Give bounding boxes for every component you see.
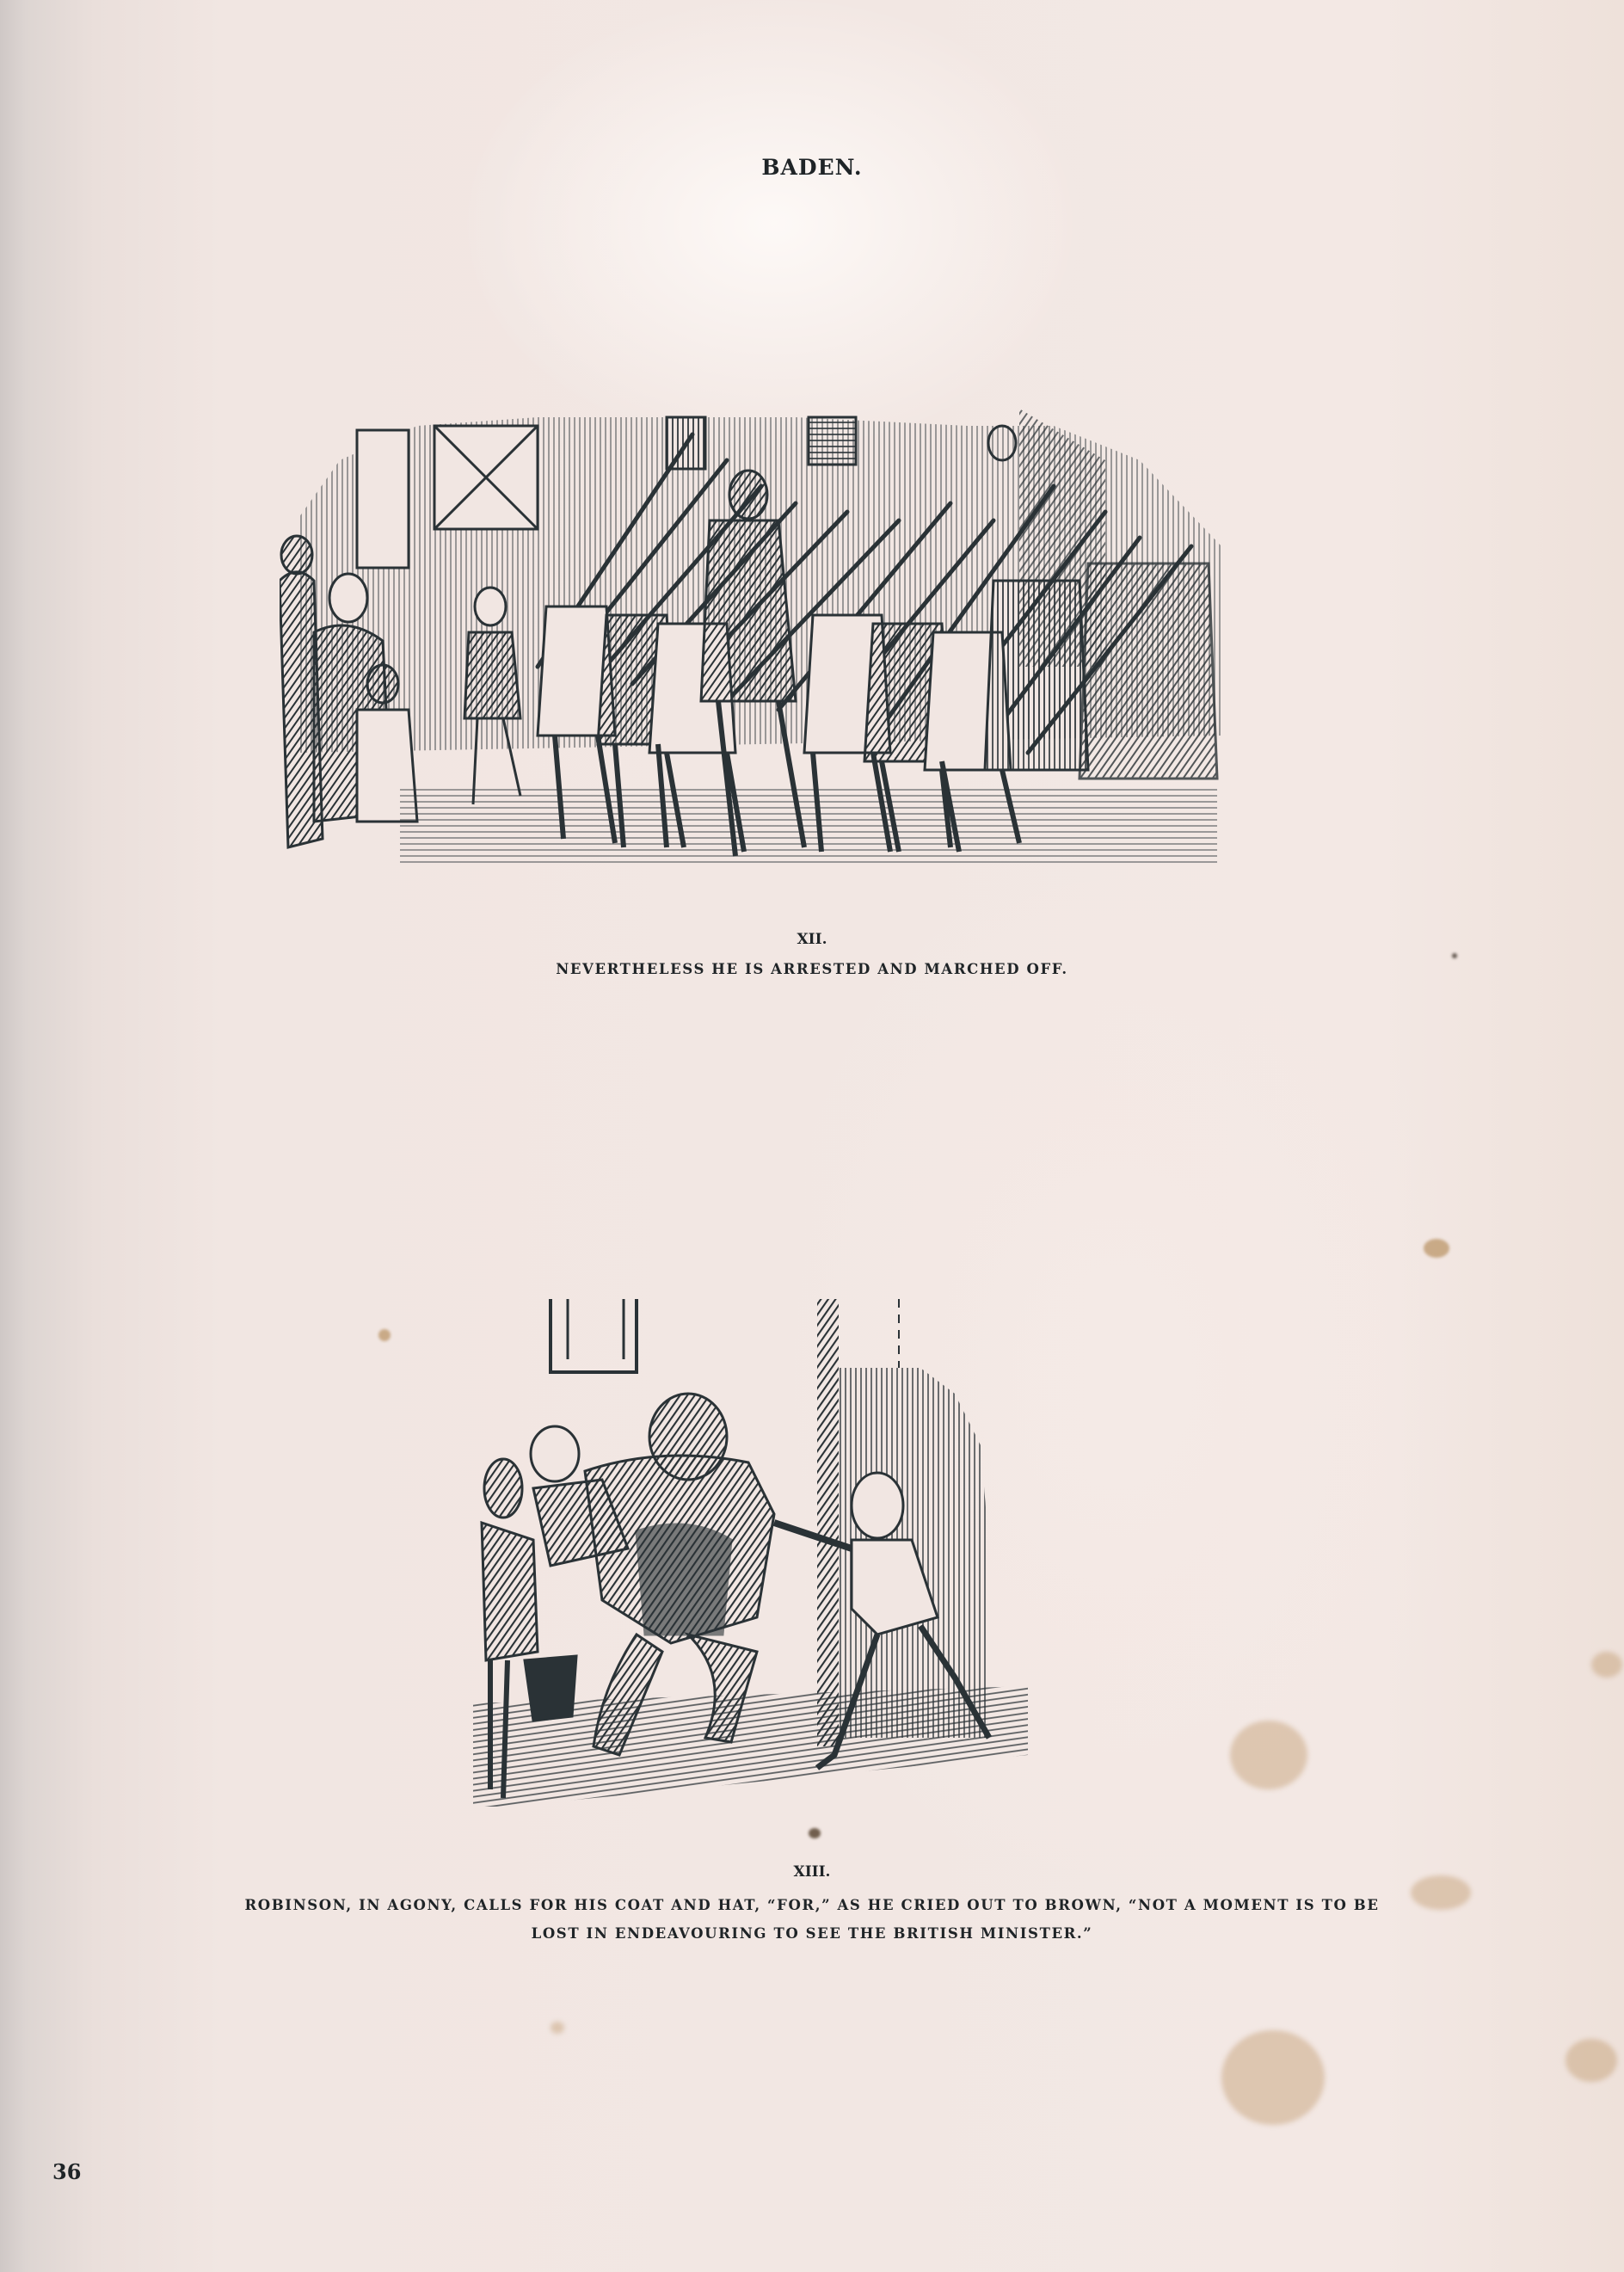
foxing-stain	[551, 2022, 564, 2034]
plate-caption-xiii-line-2: LOST IN ENDEAVOURING TO SEE THE BRITISH …	[0, 1919, 1624, 1949]
plate-numeral-xii: XII.	[0, 931, 1624, 948]
foxing-stain	[1424, 1239, 1449, 1258]
foxing-stain	[809, 1828, 821, 1838]
illustration-xii	[280, 409, 1221, 865]
engraving-soldiers-icon	[280, 409, 1221, 865]
foxing-stain	[1221, 2030, 1325, 2125]
plate-numeral-xiii: XIII.	[0, 1863, 1624, 1881]
illustration-xiii	[473, 1290, 1028, 1807]
plate-caption-xii: NEVERTHELESS HE IS ARRESTED AND MARCHED …	[0, 955, 1624, 984]
foxing-stain	[1591, 1652, 1622, 1678]
plate-caption-xiii-line-1: ROBINSON, IN AGONY, CALLS FOR HIS COAT A…	[0, 1891, 1624, 1920]
foxing-stain	[1230, 1721, 1307, 1789]
page-number: 36	[52, 2159, 81, 2184]
engraving-robinson-icon	[473, 1290, 1028, 1807]
foxing-stain	[1566, 2039, 1617, 2082]
foxing-stain	[378, 1329, 391, 1341]
running-head: BADEN.	[0, 155, 1624, 180]
